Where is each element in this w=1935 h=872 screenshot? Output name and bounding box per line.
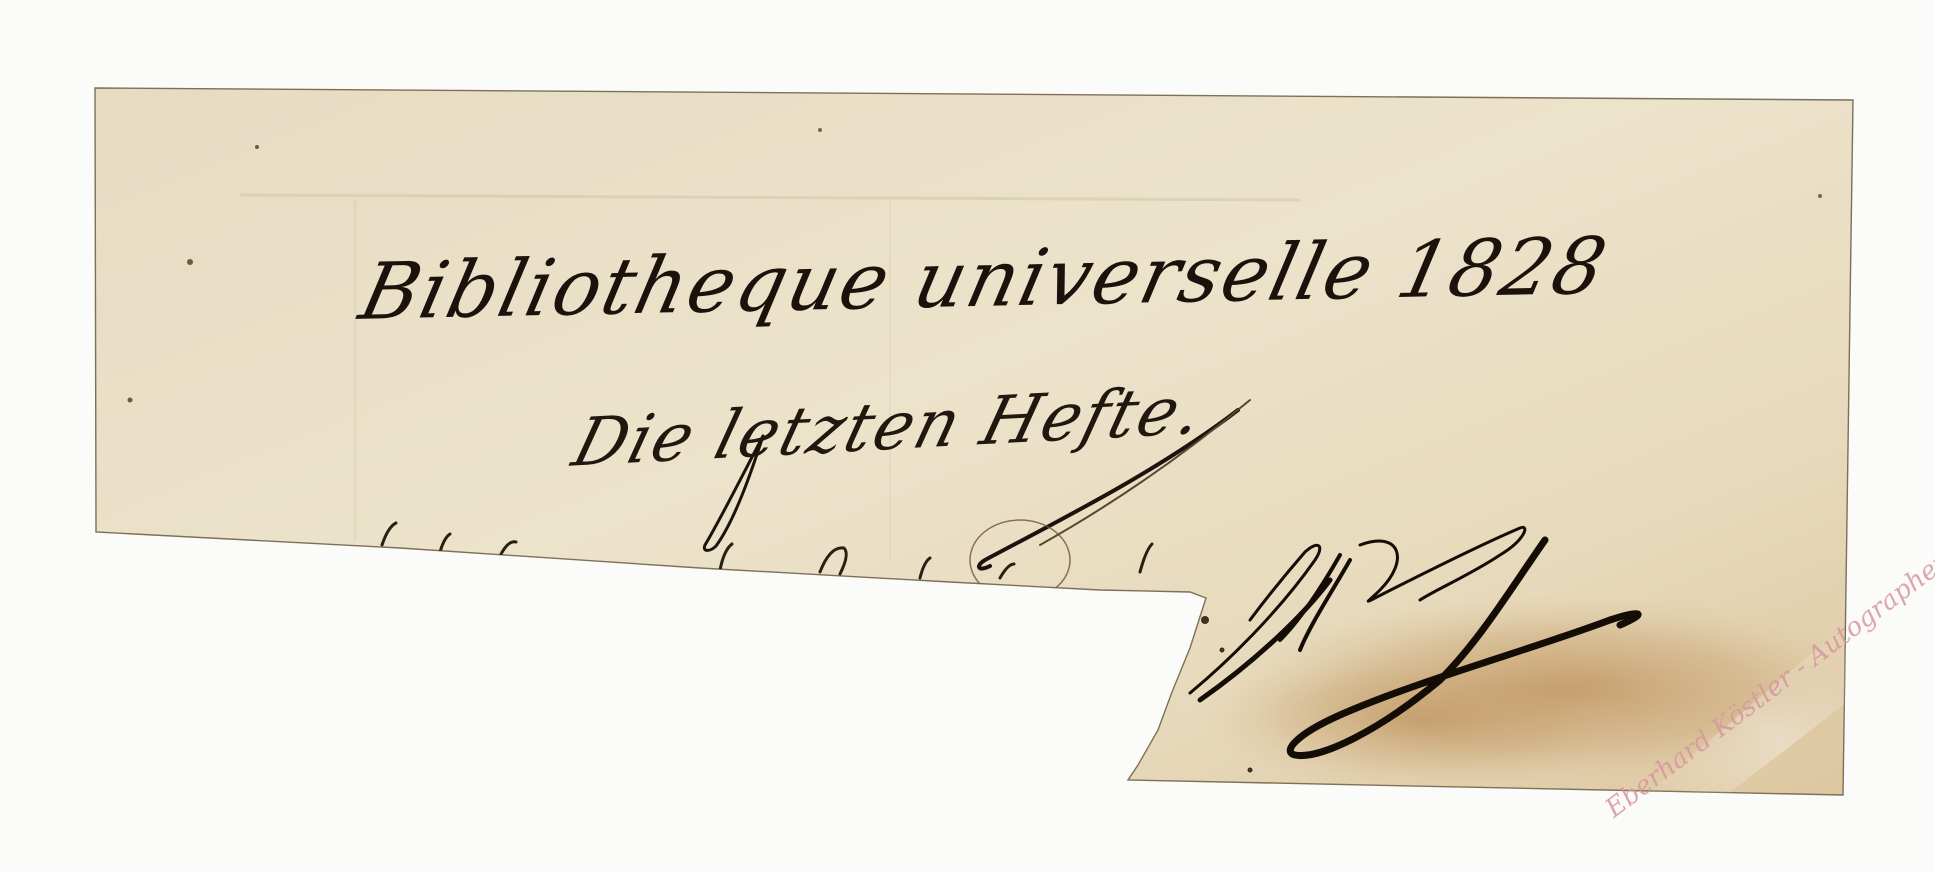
document-photo: Bibliotheque universelle1828 Die letzten… [0, 0, 1935, 872]
year-text: 1828 [1389, 222, 1616, 317]
